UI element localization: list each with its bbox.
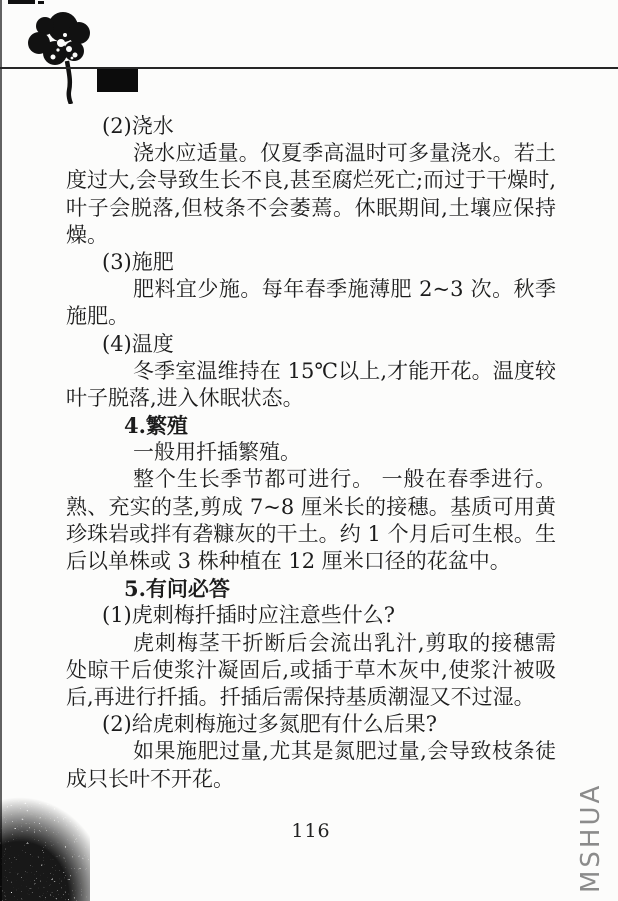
text-line: 珍珠岩或拌有砻糠灰的干土。约 1 个月后可生根。生根 [66,521,556,548]
text-line: 叶子脱落,进入休眠状态。 [66,385,556,412]
text-line: 整个生长季节都可进行。 一般在春季进行。选取成 [66,466,556,493]
header-ink-block [97,69,138,92]
watermark: MSHUA [578,773,604,893]
text-line: 如果施肥过量,尤其是氮肥过量,会导致枝条徒长,造 [66,738,556,765]
flower-icon [28,7,98,104]
text-line: (4)温度 [66,331,556,358]
text-line: 浇水应适量。仅夏季高温时可多量浇水。若土壤湿 [66,140,556,167]
text-line: 肥料宜少施。每年春季施薄肥 2~3 次。秋季可减少 [66,276,556,303]
text-line: 后,再进行扦插。扦插后需保持基质潮湿又不过湿。 [66,684,556,711]
text-line: 处晾干后使浆汁凝固后,或插于草木灰中,使浆汁被吸干 [66,657,556,684]
text-line: 5.有问必答 [66,575,556,602]
text-line: 成只长叶不开花。 [66,766,556,793]
scan-corner-mark [38,1,44,4]
text-line: 叶子会脱落,但枝条不会萎蔫。休眠期间,土壤应保持干 [66,195,556,222]
scanned-book-page: (2)浇水浇水应适量。仅夏季高温时可多量浇水。若土壤湿度过大,会导致生长不良,甚… [0,0,618,901]
text-line: 度过大,会导致生长不良,甚至腐烂死亡;而过于干燥时, [66,167,556,194]
text-line: 虎刺梅茎干折断后会流出乳汁,剪取的接穗需放在阴 [66,630,556,657]
text-line: (1)虎刺梅扦插时应注意些什么? [66,602,556,629]
text-line: 冬季室温维持在 15℃以上,才能开花。温度较低时, [66,358,556,385]
page-body: (2)浇水浇水应适量。仅夏季高温时可多量浇水。若土壤湿度过大,会导致生长不良,甚… [66,113,556,793]
text-line: 熟、充实的茎,剪成 7~8 厘米长的接穗。基质可用黄砂、 [66,494,556,521]
scan-edge-left [0,0,2,901]
text-line: (2)给虎刺梅施过多氮肥有什么后果? [66,711,556,738]
scan-smudge [0,792,90,901]
text-line: 燥。 [66,222,556,249]
page-number: 116 [66,820,556,842]
header-rule [0,67,618,69]
text-line: 4.繁殖 [66,412,556,439]
text-line: (3)施肥 [66,249,556,276]
text-line: 一般用扦插繁殖。 [66,439,556,466]
text-line: 后以单株或 3 株种植在 12 厘米口径的花盆中。 [66,548,556,575]
text-line: (2)浇水 [66,113,556,140]
scan-corner-mark [8,0,35,4]
text-line: 施肥。 [66,303,556,330]
